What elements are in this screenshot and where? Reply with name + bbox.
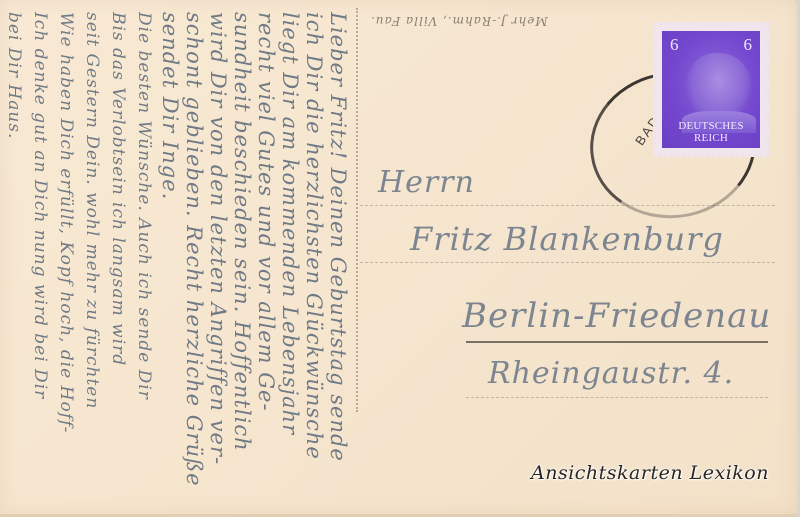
- message-line: Lieber Fritz! Deinen Geburtstag sende: [326, 12, 350, 462]
- address-salutation: Herrn: [378, 165, 475, 200]
- stamp-portrait-field: 6 6 DEUTSCHES REICH: [662, 31, 760, 148]
- message-line: Bis das Verlobtsein ich langsam wird: [108, 12, 128, 366]
- address-line: [360, 262, 775, 263]
- message-line: liegt Dir am kommenden Lebensjahr: [278, 12, 302, 435]
- postage-stamp: 6 6 DEUTSCHES REICH: [653, 22, 769, 157]
- address-city: Berlin-Friedenau: [462, 296, 771, 336]
- message-line: sundheit beschieden sein. Hoffentlich: [230, 12, 254, 452]
- postcard-back: Mehr J.-Rahm., Villa Fau. Lieber Fritz! …: [0, 0, 798, 517]
- message-line: bei Dir Haus.: [4, 12, 24, 139]
- message-line: Wie haben Dich erfüllt, Kopf hoch, die H…: [56, 12, 76, 433]
- message-line: schont geblieben. Recht herzliche Grüße: [182, 12, 206, 487]
- watermark: Ansichtskarten Lexikon: [531, 462, 769, 484]
- vertical-divider: [356, 8, 358, 412]
- message-line: seit Gestern Dein. wohl mehr zu fürchten: [82, 12, 102, 409]
- address-street: Rheingaustr. 4.: [488, 356, 734, 391]
- message-line: Die besten Wünsche. Auch ich sende Dir: [134, 12, 154, 400]
- stamp-country: DEUTSCHES REICH: [662, 120, 760, 144]
- message-line: ich Dir die herzlichsten Glückwünsche: [302, 12, 326, 460]
- message-line: wird Dir von den letzten Angriffen ver-: [206, 12, 230, 465]
- upside-down-note: Mehr J.-Rahm., Villa Fau.: [370, 14, 548, 28]
- stamp-value-left: 6: [670, 35, 679, 55]
- message-line: Ich denke gut an Dich nung wird bei Dir: [30, 12, 50, 399]
- stamp-value-right: 6: [744, 35, 753, 55]
- address-underline: [466, 341, 768, 343]
- message-line: sendet Dir Inge.: [158, 12, 182, 200]
- address-name: Fritz Blankenburg: [410, 220, 724, 258]
- message-line: recht viel Gutes und vor allem Ge-: [254, 12, 278, 412]
- address-line: [466, 397, 768, 398]
